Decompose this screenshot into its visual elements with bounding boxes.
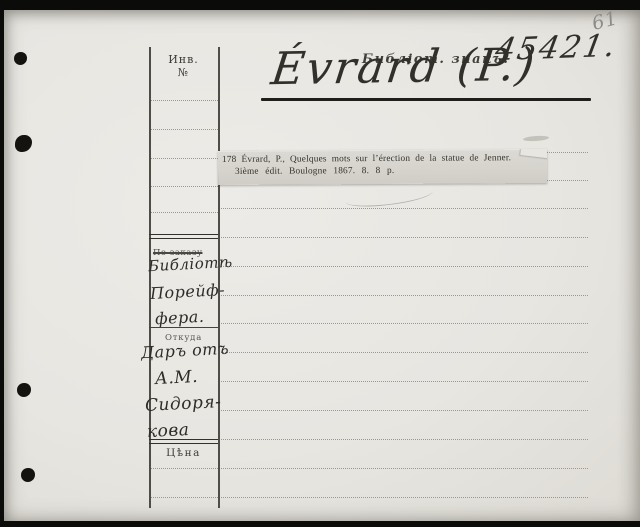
handwritten-source-line: Библіотѣ [148, 253, 234, 275]
ruled-line [149, 497, 218, 498]
slip-line1: 178 Évrard, P., Quelques mots sur l’érec… [222, 153, 544, 166]
scanned-catalog-card-page: { "corner_pencil_number": "61", "header"… [0, 0, 640, 527]
ruled-line [219, 410, 588, 411]
ruled-line [219, 439, 588, 440]
heading-underline [261, 98, 591, 101]
ruled-line [219, 352, 588, 353]
smudge-mark [523, 135, 549, 142]
punch-hole [21, 468, 35, 482]
handwritten-origin-line: Даръ отъ [141, 339, 230, 363]
ruled-line [219, 323, 588, 324]
handwritten-source-line: фера. [155, 307, 205, 329]
slip-citation-text: Évrard, P., Quelques mots sur l’érection… [242, 153, 512, 165]
ruled-line [149, 468, 218, 469]
punch-hole [17, 383, 31, 397]
pencil-squiggle-mark [344, 183, 433, 211]
slip-line2: 3ième édit. Boulogne 1867. 8. 8 p. [222, 165, 544, 178]
ruled-line [149, 212, 218, 213]
column-divider-line [149, 327, 218, 328]
punch-hole [14, 52, 27, 65]
ruled-line [219, 497, 588, 498]
ruled-line [149, 158, 218, 159]
handwritten-source-line: Порейф- [150, 280, 226, 303]
ruled-line [149, 129, 218, 130]
ruled-line [149, 100, 218, 101]
author-heading-handwritten: Évrard (P.) [268, 38, 539, 96]
card-paper: Инв. № По заказу Библіотѣ Порейф- фера. … [4, 10, 640, 521]
inv-column-header: Инв. № [149, 53, 218, 79]
inv-label-line2: № [149, 66, 218, 79]
inv-label-line1: Инв. [149, 53, 218, 66]
slip-entry-number: 178 [222, 155, 237, 165]
ruled-line [219, 237, 588, 238]
handwritten-origin-line: Сидоря- [145, 392, 222, 416]
column-divider-thick [149, 234, 218, 239]
ruled-line [219, 208, 588, 209]
ruled-line [219, 381, 588, 382]
ruled-line [149, 186, 218, 187]
ruled-line [219, 468, 588, 469]
ruled-line [219, 266, 588, 267]
handwritten-origin-line: А.М. [155, 367, 199, 389]
price-label: Цѣна [149, 447, 218, 459]
pasted-citation-slip: 178 Évrard, P., Quelques mots sur l’érec… [218, 149, 547, 185]
ruled-line [219, 295, 588, 296]
punch-hole [15, 135, 32, 152]
price-divider-thick [149, 439, 218, 444]
inv-column-right-line [218, 47, 220, 508]
